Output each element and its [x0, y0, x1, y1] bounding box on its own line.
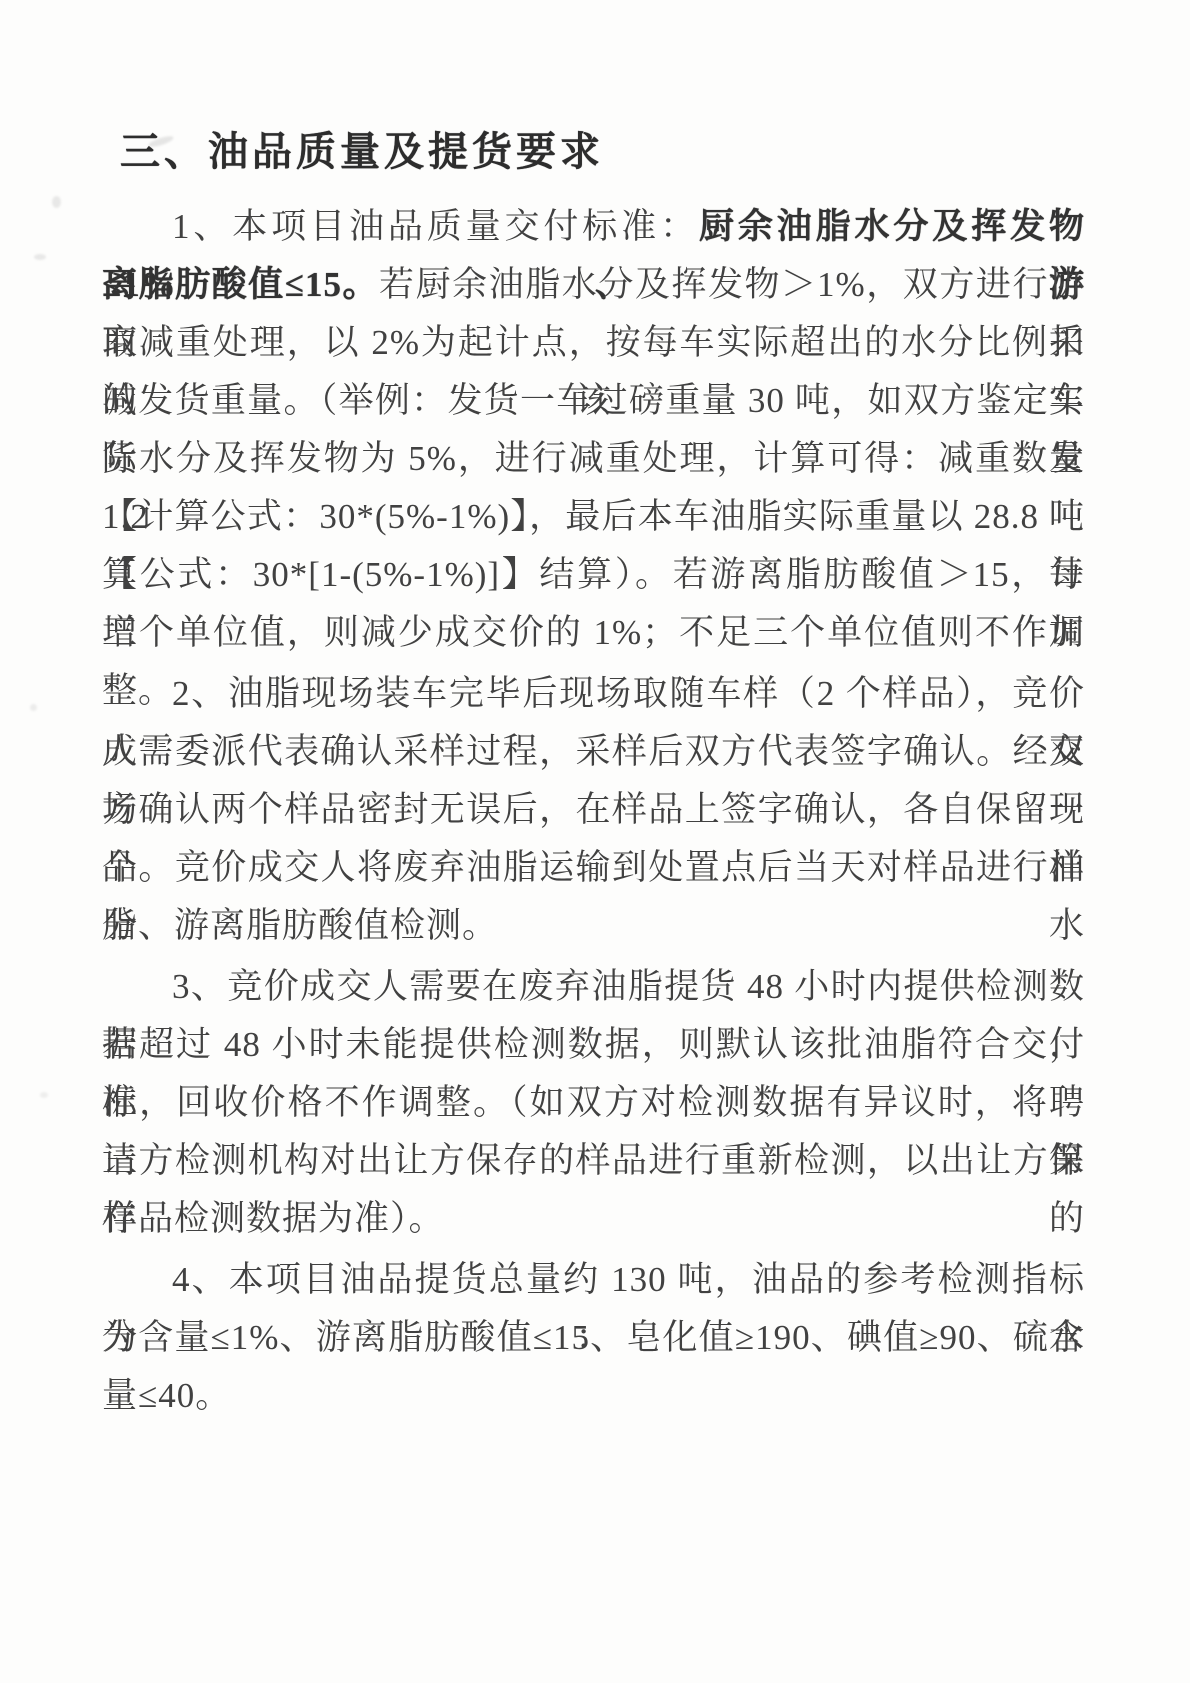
text-line: 1、本项目油品质量交付标准：厨余油脂水分及挥发物≤1%、游 [102, 198, 1085, 256]
scan-speck [40, 1092, 48, 1098]
text-line: 【计算公式：30*(5%-1%)】，最后本车油脂实际重量以 28.8 吨【计 [102, 488, 1085, 546]
text-segment: 分含量≤1%、游离脂肪酸值≤15、皂化值≥190、碘值≥90、硫含 [102, 1318, 1085, 1357]
text-line: 品。竞价成交人将废弃油脂运输到处置点后当天对样品进行油脂水 [102, 839, 1085, 897]
scan-speck [52, 196, 61, 208]
text-line: 3、竞价成交人需要在废弃油脂提货 48 小时内提供检测数据， [102, 958, 1085, 1016]
text-line: 2、油脂现场装车完毕后现场取随车样（2 个样品），竞价成交 [102, 665, 1085, 723]
text-line: 人需委派代表确认采样过程，采样后双方代表签字确认。经双方现 [102, 723, 1085, 781]
paragraph-clause-3: 3、竞价成交人需要在废弃油脂提货 48 小时内提供检测数据，若超过 48 小时未… [102, 958, 1085, 1248]
text-line: 算公式：30*[1-(5%-1%)]】结算）。若游离脂肪酸值＞15，每增加 [102, 546, 1085, 604]
text-line: 若超过 48 小时未能提供检测数据，则默认该批油脂符合交付标 [102, 1016, 1085, 1074]
text-line: 4、本项目油品提货总量约 130 吨，油品的参考检测指标为：水 [102, 1251, 1085, 1309]
text-line: 货水分及挥发物为 5%，进行减重处理，计算可得：减重数量 1.2 吨 [102, 430, 1085, 488]
text-line: 准，回收价格不作调整。（如双方对检测数据有异议时，将聘请第 [102, 1074, 1085, 1132]
text-line: 取减重处理，以 2%为起计点，按每车实际超出的水分比例扣减该车 [102, 314, 1085, 372]
text-line: 场确认两个样品密封无误后，在样品上签字确认，各自保留一个样 [102, 781, 1085, 839]
text-segment: 1、本项目油品质量交付标准： [172, 207, 699, 246]
text-line: 分含量≤1%、游离脂肪酸值≤15、皂化值≥190、碘值≥90、硫含 [102, 1309, 1085, 1367]
section-heading: 三、油品质量及提货要求 [120, 128, 1085, 176]
text-line: 三方检测机构对出让方保存的样品进行重新检测，以出让方保存的 [102, 1132, 1085, 1190]
bold-text-segment: 离脂肪酸值≤15。 [102, 265, 379, 304]
text-segment: 样品检测数据为准）。 [102, 1199, 445, 1238]
text-line: 三个单位值，则减少成交价的 1%；不足三个单位值则不作调整。 [102, 604, 1085, 662]
text-segment: 量≤40。 [102, 1376, 231, 1415]
text-line: 量≤40。 [102, 1367, 1085, 1425]
text-line: 的发货重量。（举例：发货一车过磅重量 30 吨，如双方鉴定实际发 [102, 372, 1085, 430]
scan-speck [30, 704, 37, 711]
document-body: 1、本项目油品质量交付标准：厨余油脂水分及挥发物≤1%、游离脂肪酸值≤15。若厨… [102, 198, 1085, 1425]
paragraph-clause-2: 2、油脂现场装车完毕后现场取随车样（2 个样品），竞价成交人需委派代表确认采样过… [102, 665, 1085, 955]
paragraph-clause-4: 4、本项目油品提货总量约 130 吨，油品的参考检测指标为：水分含量≤1%、游离… [102, 1251, 1085, 1425]
paragraph-clause-1: 1、本项目油品质量交付标准：厨余油脂水分及挥发物≤1%、游离脂肪酸值≤15。若厨… [102, 198, 1085, 662]
document-page: 三、油品质量及提货要求 1、本项目油品质量交付标准：厨余油脂水分及挥发物≤1%、… [0, 0, 1190, 1683]
scan-speck [34, 254, 46, 260]
text-line: 离脂肪酸值≤15。若厨余油脂水分及挥发物＞1%，双方进行协商采 [102, 256, 1085, 314]
text-segment: 分、游离脂肪酸值检测。 [102, 906, 498, 945]
